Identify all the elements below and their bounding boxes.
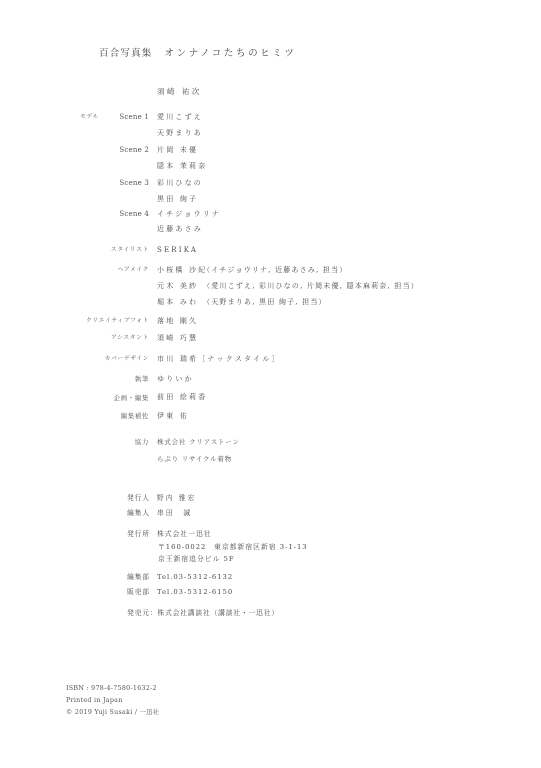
scene-4-model-2: 近藤あさみ	[157, 226, 203, 233]
scene-3-label: Scene 3	[29, 180, 149, 187]
hair-makeup-entry: 小桜橋 沙紀（イチジョウリナ, 近藤あさみ, 担当）	[157, 267, 207, 274]
scene-2-model-2: 隠本 茉莉奈	[157, 163, 207, 170]
scene-1-model-1: 愛川こずえ	[157, 114, 203, 121]
publishing-office-label: 発行所	[127, 531, 150, 538]
scene-3-model-2: 黒田 絢子	[157, 196, 198, 203]
editorial-dept-label: 編集部	[127, 574, 150, 581]
sales-dept-label: 販売部	[127, 589, 150, 596]
series-name: 百合写真集	[99, 48, 153, 59]
planning-editing-label: 企画・編集	[29, 395, 149, 402]
publishing-office-name: 株式会社一迅社	[157, 531, 212, 538]
writing-label: 執筆	[29, 376, 149, 383]
publishing-office-building: 京王新宿追分ビル 5F	[158, 556, 235, 563]
book-subtitle: オンナノコたちのヒミツ	[165, 48, 297, 59]
scene-2-label: Scene 2	[29, 147, 149, 154]
hair-makeup-label: ヘアメイク	[29, 268, 149, 274]
scene-4-label: Scene 4	[29, 211, 149, 218]
editorial-dept-phone: Tel.03-5312-6132	[157, 574, 233, 581]
scene-4-model-1: イチジョウリナ	[157, 211, 221, 218]
hair-makeup-note: （イチジョウリナ, 近藤あさみ, 担当）	[203, 267, 347, 274]
scene-3-model-1: 彩川ひなの	[157, 180, 203, 187]
printed-in: Printed in Japan	[66, 698, 123, 704]
publisher-person-value: 野内 雅宏	[157, 495, 196, 502]
creative-photo-value: 落地 剛久	[157, 318, 198, 325]
cover-design-label: カバーデザイン	[29, 357, 149, 363]
hair-makeup-name: 元木 美紗	[157, 282, 198, 290]
scene-1-model-2: 天野まりあ	[157, 130, 203, 137]
assistant-value: 須崎 巧慧	[157, 335, 198, 342]
hair-makeup-entry: 堀本 みわ（天野まりあ, 黒田 絢子, 担当）	[157, 299, 198, 306]
cooperation-label: 協力	[29, 439, 149, 446]
creative-photo-label: クリエイティブフォト	[29, 319, 149, 325]
cooperation-value-1: 株式会社 クリアストーン	[157, 439, 240, 446]
scene-2-model-1: 片岡 未優	[157, 147, 198, 154]
photographer-name: 須崎 祐次	[157, 88, 202, 96]
distributor: 発売元：株式会社講談社（講談社・一迅社）	[127, 610, 279, 617]
cooperation-value-2: らぷり リサイクル着物	[157, 456, 232, 463]
scene-1-label: Scene 1	[29, 114, 149, 121]
copyright: © 2019 Yuji Susaki / 一迅社	[66, 710, 159, 716]
publishing-office-address: 〒160-0022 東京都新宿区新宿 3-1-13	[158, 544, 308, 551]
hair-makeup-entry: 元木 美紗（愛川こずえ, 彩川ひなの, 片岡未優, 隠本麻莉奈, 担当）	[157, 283, 198, 290]
planning-editing-value: 前田 絵莉香	[157, 394, 207, 401]
sales-dept-phone: Tel.03-5312-6150	[157, 589, 233, 596]
editing-assistant-value: 伊東 佑	[157, 413, 189, 420]
editor-person-label: 編集人	[127, 510, 150, 517]
assistant-label: アシスタント	[29, 336, 149, 342]
stylist-value: SERIKA	[157, 247, 198, 254]
hair-makeup-name: 小桜橋 沙紀	[157, 266, 207, 274]
editing-assistant-label: 編集補佐	[29, 413, 149, 420]
writing-value: ゆりいか	[157, 376, 194, 383]
editor-person-value: 串田 誠	[157, 510, 192, 517]
publisher-person-label: 発行人	[127, 495, 150, 502]
hair-makeup-note: （愛川こずえ, 彩川ひなの, 片岡未優, 隠本麻莉奈, 担当）	[203, 283, 419, 290]
hair-makeup-name: 堀本 みわ	[157, 298, 198, 306]
cover-design-value: 市川 瑞希［ナックスタイル］	[157, 356, 281, 363]
isbn: ISBN : 978-4-7580-1632-2	[66, 686, 157, 692]
book-title: 百合写真集オンナノコたちのヒミツ	[99, 49, 296, 59]
hair-makeup-note: （天野まりあ, 黒田 絢子, 担当）	[203, 299, 327, 306]
stylist-label: スタイリスト	[29, 248, 149, 254]
